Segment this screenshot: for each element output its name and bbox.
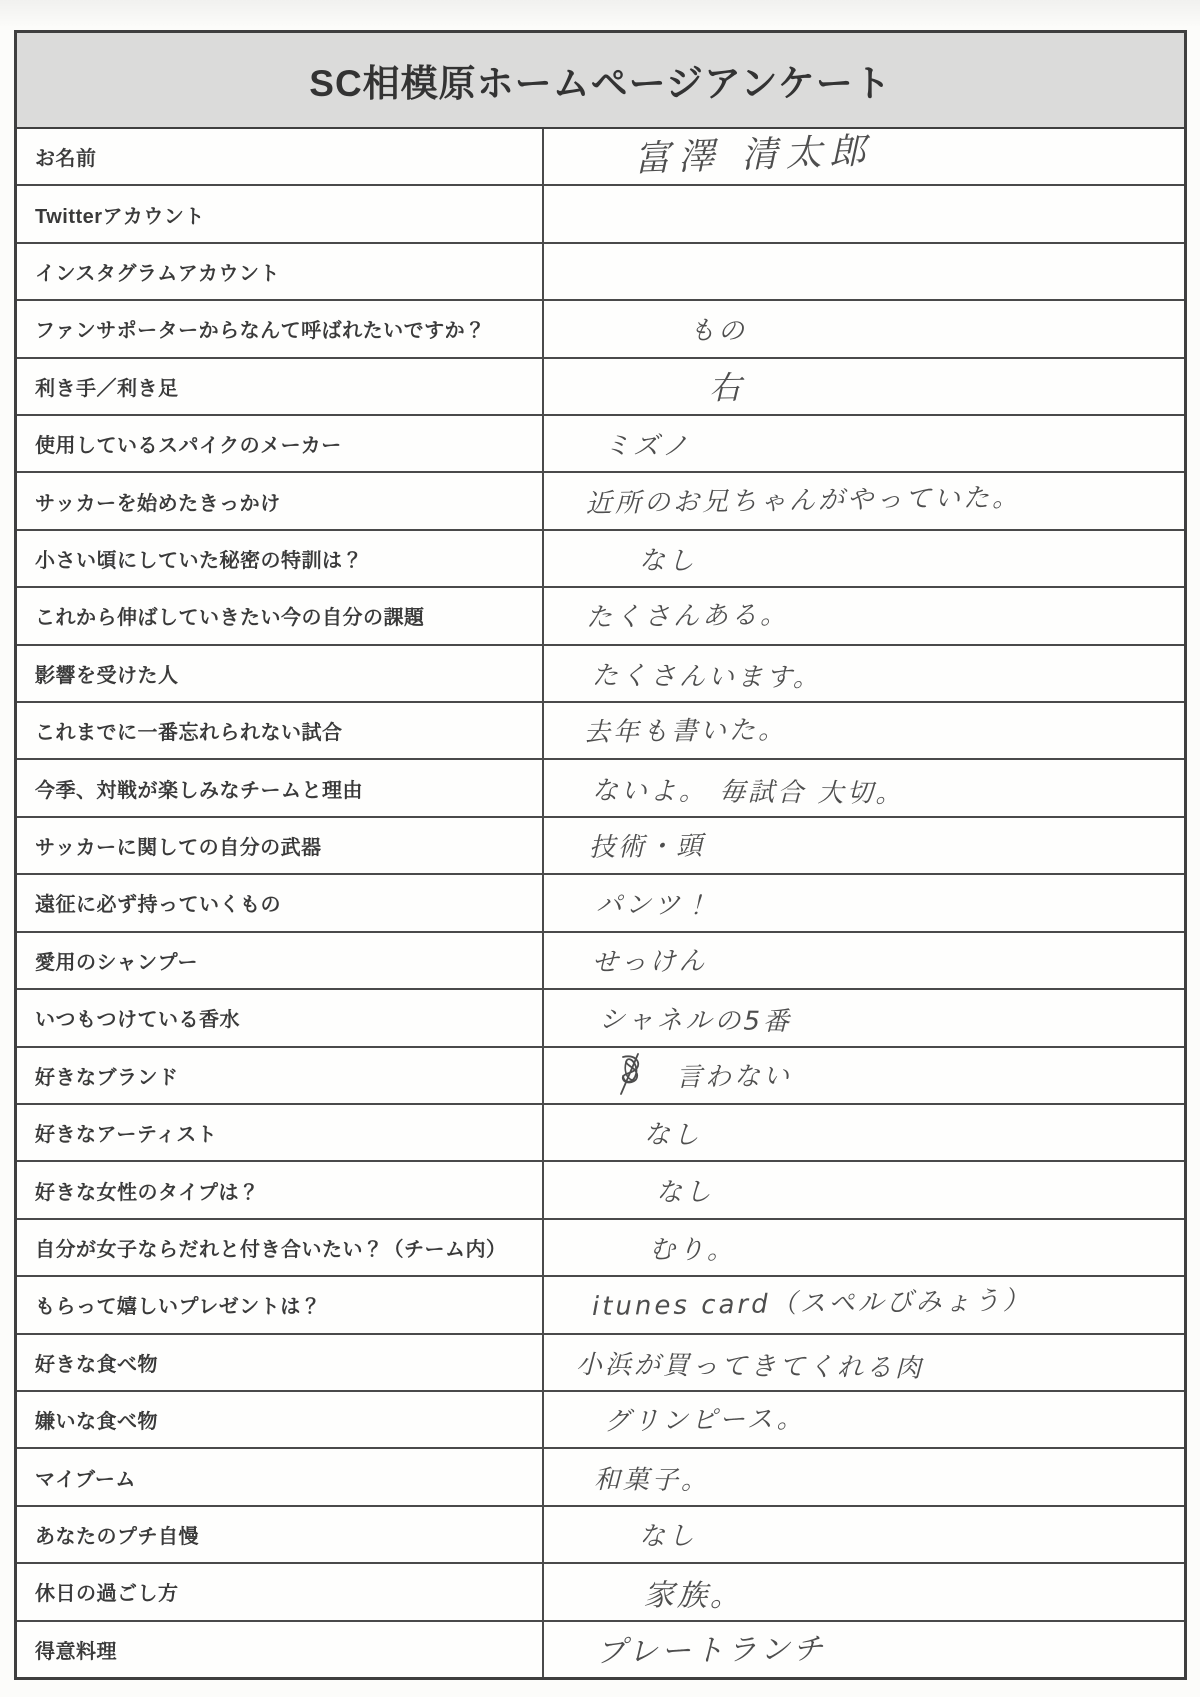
table-row: 小さい頃にしていた秘密の特訓は？ なし xyxy=(17,531,1184,588)
question-cell: いつもつけている香水 xyxy=(17,990,544,1045)
question-label: 小さい頃にしていた秘密の特訓は？ xyxy=(35,544,363,573)
table-row: あなたのプチ自慢 なし xyxy=(17,1507,1184,1564)
table-row: いつもつけている香水 シャネルの5番 xyxy=(17,990,1184,1047)
table-row: これから伸ばしていきたい今の自分の課題 たくさんある。 xyxy=(17,588,1184,645)
table-row: マイブーム 和菓子。 xyxy=(17,1449,1184,1506)
answer-cell xyxy=(544,244,1184,299)
question-label: インスタグラムアカウント xyxy=(35,257,280,286)
question-label: 休日の過ごし方 xyxy=(35,1577,179,1606)
answer-handwriting: なし xyxy=(639,1515,698,1553)
table-row: 使用しているスパイクのメーカー ミズノ xyxy=(17,416,1184,473)
question-cell: 得意料理 xyxy=(17,1622,544,1677)
answer-handwriting: 富澤 清太郎 xyxy=(633,123,874,182)
question-label: これまでに一番忘れられない試合 xyxy=(35,716,343,745)
answer-cell: 家族。 xyxy=(544,1564,1184,1619)
question-cell: 利き手／利き足 xyxy=(17,359,544,414)
rows-container: お名前 富澤 清太郎 Twitterアカウント インスタグラムアカウント xyxy=(17,129,1184,1677)
page-title: SC相模原ホームページアンケート xyxy=(309,53,891,107)
answer-handwriting: プレートランチ xyxy=(596,1624,826,1671)
answer-handwriting: 小浜が買ってきてくれる肉 xyxy=(576,1344,924,1385)
answer-handwriting: シャネルの5番 xyxy=(599,999,792,1038)
answer-cell: せっけん xyxy=(544,933,1184,988)
answer-cell: なし xyxy=(544,1105,1184,1160)
question-cell: インスタグラムアカウント xyxy=(17,244,544,299)
question-label: 好きな女性のタイプは？ xyxy=(35,1176,260,1205)
table-row: 休日の過ごし方 家族。 xyxy=(17,1564,1184,1621)
question-label: これから伸ばしていきたい今の自分の課題 xyxy=(35,601,425,630)
table-row: 今季、対戦が楽しみなチームと理由 ないよ。 毎試合 大切。 xyxy=(17,760,1184,817)
answer-cell: 技術・頭 xyxy=(544,818,1184,873)
table-row: 得意料理 プレートランチ xyxy=(17,1622,1184,1677)
answer-handwriting: グリンピース。 xyxy=(604,1398,806,1438)
answer-cell: パンツ！ xyxy=(544,875,1184,930)
question-cell: あなたのプチ自慢 xyxy=(17,1507,544,1562)
answer-handwriting: なし xyxy=(644,1114,702,1152)
answer-cell: むり。 xyxy=(544,1220,1184,1275)
answer-handwriting: なし xyxy=(656,1171,715,1209)
table-row: サッカーを始めたきっかけ 近所のお兄ちゃんがやっていた。 xyxy=(17,473,1184,530)
question-cell: これまでに一番忘れられない試合 xyxy=(17,703,544,758)
question-cell: マイブーム xyxy=(17,1449,544,1504)
question-cell: 自分が女子ならだれと付き合いたい？（チーム内） xyxy=(17,1220,544,1275)
question-cell: 嫌いな食べ物 xyxy=(17,1392,544,1447)
question-label: いつもつけている香水 xyxy=(35,1003,240,1032)
answer-handwriting: 和菓子。 xyxy=(594,1459,710,1497)
title-band: SC相模原ホームページアンケート xyxy=(17,33,1184,129)
answer-handwriting: たくさんある。 xyxy=(586,595,790,635)
question-cell: Twitterアカウント xyxy=(17,186,544,241)
question-label: 嫌いな食べ物 xyxy=(35,1405,158,1434)
question-cell: ファンサポーターからなんて呼ばれたいですか？ xyxy=(17,301,544,356)
questionnaire-table: SC相模原ホームページアンケート お名前 富澤 清太郎 Twitterアカウント xyxy=(14,30,1187,1680)
answer-handwriting: itunes card（スペルびみょう） xyxy=(592,1280,1032,1323)
question-label: お名前 xyxy=(35,142,97,171)
answer-cell: なし xyxy=(544,531,1184,586)
question-cell: お名前 xyxy=(17,129,544,184)
answer-cell: なし xyxy=(544,1507,1184,1562)
table-row: ファンサポーターからなんて呼ばれたいですか？ もの xyxy=(17,301,1184,358)
table-row: サッカーに関しての自分の武器 技術・頭 xyxy=(17,818,1184,875)
answer-handwriting: 去年も書いた。 xyxy=(584,709,788,749)
answer-cell: なし xyxy=(544,1162,1184,1217)
answer-handwriting: もの xyxy=(689,310,747,348)
question-label: 利き手／利き足 xyxy=(35,372,179,401)
question-label: 愛用のシャンプー xyxy=(35,946,198,975)
question-label: 今季、対戦が楽しみなチームと理由 xyxy=(35,774,363,803)
question-label: もらって嬉しいプレゼントは？ xyxy=(35,1290,321,1319)
table-row: 好きなブランド 言わない xyxy=(17,1048,1184,1105)
answer-handwriting: せっけん xyxy=(592,940,708,979)
answer-handwriting: ないよ。 毎試合 大切。 xyxy=(592,770,905,810)
answer-cell: 小浜が買ってきてくれる肉 xyxy=(544,1335,1184,1390)
answer-cell: たくさんいます。 xyxy=(544,646,1184,701)
question-cell: 好きなブランド xyxy=(17,1048,544,1103)
table-row: 愛用のシャンプー せっけん xyxy=(17,933,1184,990)
question-label: 自分が女子ならだれと付き合いたい？（チーム内） xyxy=(35,1233,507,1262)
answer-cell: 右 xyxy=(544,359,1184,414)
question-label: ファンサポーターからなんて呼ばれたいですか？ xyxy=(35,314,486,343)
scribble-mark-icon xyxy=(614,1052,646,1098)
answer-cell: 近所のお兄ちゃんがやっていた。 xyxy=(544,473,1184,528)
question-label: 遠征に必ず持っていくもの xyxy=(35,888,281,917)
table-row: 好きな女性のタイプは？ なし xyxy=(17,1162,1184,1219)
table-row: インスタグラムアカウント xyxy=(17,244,1184,301)
question-label: サッカーに関しての自分の武器 xyxy=(35,831,322,860)
answer-cell: 去年も書いた。 xyxy=(544,703,1184,758)
answer-cell: たくさんある。 xyxy=(544,588,1184,643)
answer-handwriting: パンツ！ xyxy=(596,884,712,922)
question-label: 好きなアーティスト xyxy=(35,1118,217,1147)
table-row: 遠征に必ず持っていくもの パンツ！ xyxy=(17,875,1184,932)
question-cell: 使用しているスパイクのメーカー xyxy=(17,416,544,471)
answer-cell: グリンピース。 xyxy=(544,1392,1184,1447)
question-label: 得意料理 xyxy=(35,1635,117,1664)
question-cell: 影響を受けた人 xyxy=(17,646,544,701)
table-row: これまでに一番忘れられない試合 去年も書いた。 xyxy=(17,703,1184,760)
question-cell: 今季、対戦が楽しみなチームと理由 xyxy=(17,760,544,815)
table-row: 自分が女子ならだれと付き合いたい？（チーム内） むり。 xyxy=(17,1220,1184,1277)
answer-handwriting: むり。 xyxy=(649,1229,736,1267)
question-label: 使用しているスパイクのメーカー xyxy=(35,429,342,458)
question-cell: 好きな女性のタイプは？ xyxy=(17,1162,544,1217)
question-cell: 好きなアーティスト xyxy=(17,1105,544,1160)
question-cell: 小さい頃にしていた秘密の特訓は？ xyxy=(17,531,544,586)
question-label: あなたのプチ自慢 xyxy=(35,1520,199,1549)
table-row: 利き手／利き足 右 xyxy=(17,359,1184,416)
question-cell: サッカーを始めたきっかけ xyxy=(17,473,544,528)
table-row: Twitterアカウント xyxy=(17,186,1184,243)
answer-handwriting: なし xyxy=(639,540,697,578)
answer-cell: 和菓子。 xyxy=(544,1449,1184,1504)
table-row: 嫌いな食べ物 グリンピース。 xyxy=(17,1392,1184,1449)
answer-cell: ないよ。 毎試合 大切。 xyxy=(544,760,1184,815)
question-label: マイブーム xyxy=(35,1463,136,1492)
answer-cell: もの xyxy=(544,301,1184,356)
answer-cell: プレートランチ xyxy=(544,1622,1184,1677)
table-row: 好きなアーティスト なし xyxy=(17,1105,1184,1162)
question-cell: 遠征に必ず持っていくもの xyxy=(17,875,544,930)
answer-handwriting: 近所のお兄ちゃんがやっていた。 xyxy=(586,477,1021,520)
answer-cell xyxy=(544,186,1184,241)
answer-handwriting: 家族。 xyxy=(644,1570,743,1615)
question-cell: 愛用のシャンプー xyxy=(17,933,544,988)
questionnaire-sheet: SC相模原ホームページアンケート お名前 富澤 清太郎 Twitterアカウント xyxy=(0,0,1200,1697)
question-cell: 好きな食べ物 xyxy=(17,1335,544,1390)
question-label: 影響を受けた人 xyxy=(35,659,179,688)
answer-cell: itunes card（スペルびみょう） xyxy=(544,1277,1184,1332)
question-label: 好きなブランド xyxy=(35,1061,179,1090)
question-cell: サッカーに関しての自分の武器 xyxy=(17,818,544,873)
answer-cell: ミズノ xyxy=(544,416,1184,471)
table-row: 好きな食べ物 小浜が買ってきてくれる肉 xyxy=(17,1335,1184,1392)
question-label: Twitterアカウント xyxy=(35,200,205,229)
question-label: 好きな食べ物 xyxy=(35,1348,158,1377)
question-cell: これから伸ばしていきたい今の自分の課題 xyxy=(17,588,544,643)
answer-handwriting: 右 xyxy=(709,363,745,409)
answer-handwriting: 言わない xyxy=(676,1055,793,1094)
question-cell: 休日の過ごし方 xyxy=(17,1564,544,1619)
table-row: もらって嬉しいプレゼントは？ itunes card（スペルびみょう） xyxy=(17,1277,1184,1334)
answer-handwriting: たくさんいます。 xyxy=(592,655,822,694)
answer-cell: シャネルの5番 xyxy=(544,990,1184,1045)
question-label: サッカーを始めたきっかけ xyxy=(35,487,281,516)
table-row: 影響を受けた人 たくさんいます。 xyxy=(17,646,1184,703)
answer-handwriting: 技術・頭 xyxy=(589,825,706,864)
table-row: お名前 富澤 清太郎 xyxy=(17,129,1184,186)
answer-cell: 富澤 清太郎 xyxy=(544,129,1184,184)
answer-handwriting: ミズノ xyxy=(604,425,691,463)
answer-cell: 言わない xyxy=(544,1048,1184,1103)
question-cell: もらって嬉しいプレゼントは？ xyxy=(17,1277,544,1332)
